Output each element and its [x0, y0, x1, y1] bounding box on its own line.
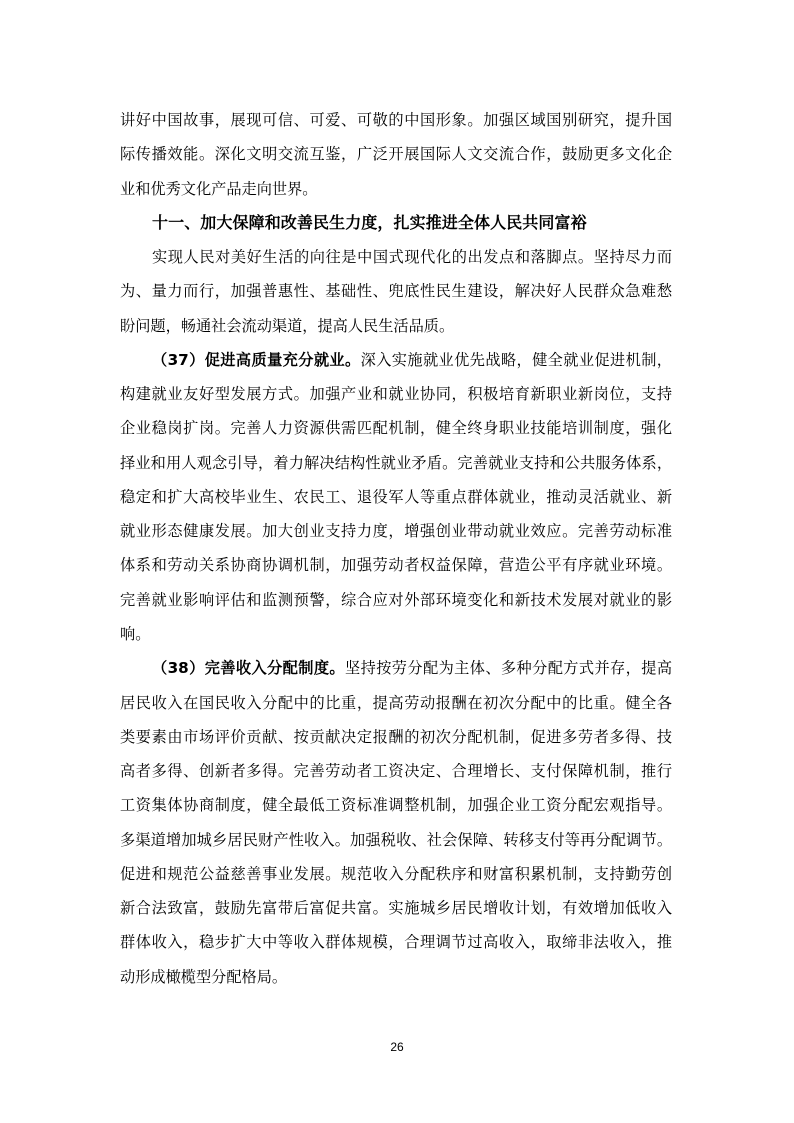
text-line: 为、量力而行，加强普惠性、基础性、兜底性民生建设，解决好人民群众急难愁: [120, 274, 672, 308]
text-line: 居民收入在国民收入分配中的比重，提高劳动报酬在初次分配中的比重。健全各: [120, 686, 672, 720]
text-line: 多渠道增加城乡居民财产性收入。加强税收、社会保障、转移支付等再分配调节。: [120, 823, 672, 857]
text-line: 工资集体协商制度，健全最低工资标准调整机制，加强企业工资分配宏观指导。: [120, 788, 672, 822]
paragraph-lead-38: （38）完善收入分配制度。: [152, 659, 345, 677]
text-run: 深入实施就业优先战略，健全就业促进机制，: [361, 351, 672, 369]
text-line: 体系和劳动关系协商协调机制，加强劳动者权益保障，营造公平有序就业环境。: [120, 548, 672, 582]
paragraph-37: （37）促进高质量充分就业。深入实施就业优先战略，健全就业促进机制， 构建就业友…: [120, 343, 672, 651]
text-line: 促进和规范公益慈善事业发展。规范收入分配秩序和财富积累机制，支持勤劳创: [120, 857, 672, 891]
text-line: 动形成橄榄型分配格局。: [120, 960, 672, 994]
section-heading: 十一、加大保障和改善民生力度，扎实推进全体人民共同富裕: [120, 206, 672, 240]
text-line: 盼问题，畅通社会流动渠道，提高人民生活品质。: [120, 309, 672, 343]
text-line: （37）促进高质量充分就业。深入实施就业优先战略，健全就业促进机制，: [120, 343, 672, 377]
text-line: 讲好中国故事，展现可信、可爱、可敬的中国形象。加强区域国别研究，提升国: [120, 103, 672, 137]
text-line: 构建就业友好型发展方式。加强产业和就业协同，积极培育新职业新岗位，支持: [120, 377, 672, 411]
text-line: 择业和用人观念引导，着力解决结构性就业矛盾。完善就业支持和公共服务体系，: [120, 446, 672, 480]
page-number: 26: [0, 1040, 794, 1054]
paragraph-lead-37: （37）促进高质量充分就业。: [152, 351, 361, 369]
text-line: 实现人民对美好生活的向往是中国式现代化的出发点和落脚点。坚持尽力而: [120, 240, 672, 274]
text-line: 群体收入，稳步扩大中等收入群体规模，合理调节过高收入，取缔非法收入，推: [120, 925, 672, 959]
text-line: 稳定和扩大高校毕业生、农民工、退役军人等重点群体就业，推动灵活就业、新: [120, 480, 672, 514]
text-run: 坚持按劳分配为主体、多种分配方式并存，提高: [345, 659, 672, 677]
text-line: 际传播效能。深化文明交流互鉴，广泛开展国际人文交流合作，鼓励更多文化企: [120, 137, 672, 171]
text-line: 企业稳岗扩岗。完善人力资源供需匹配机制，健全终身职业技能培训制度，强化: [120, 411, 672, 445]
document-page: 讲好中国故事，展现可信、可爱、可敬的中国形象。加强区域国别研究，提升国 际传播效…: [0, 0, 794, 1123]
text-line: 就业形态健康发展。加大创业支持力度，增强创业带动就业效应。完善劳动标准: [120, 514, 672, 548]
body-text: 讲好中国故事，展现可信、可爱、可敬的中国形象。加强区域国别研究，提升国 际传播效…: [120, 103, 672, 994]
text-line: 业和优秀文化产品走向世界。: [120, 172, 672, 206]
text-line: 新合法致富，鼓励先富带后富促共富。实施城乡居民增收计划，有效增加低收入: [120, 891, 672, 925]
text-line: 完善就业影响评估和监测预警，综合应对外部环境变化和新技术发展对就业的影: [120, 583, 672, 617]
text-line: 类要素由市场评价贡献、按贡献决定报酬的初次分配机制，促进多劳者多得、技: [120, 720, 672, 754]
text-line: 高者多得、创新者多得。完善劳动者工资决定、合理增长、支付保障机制，推行: [120, 754, 672, 788]
text-line: 响。: [120, 617, 672, 651]
text-line: （38）完善收入分配制度。坚持按劳分配为主体、多种分配方式并存，提高: [120, 651, 672, 685]
paragraph-38: （38）完善收入分配制度。坚持按劳分配为主体、多种分配方式并存，提高 居民收入在…: [120, 651, 672, 994]
paragraph-section-intro: 实现人民对美好生活的向往是中国式现代化的出发点和落脚点。坚持尽力而 为、量力而行…: [120, 240, 672, 343]
paragraph-intro: 讲好中国故事，展现可信、可爱、可敬的中国形象。加强区域国别研究，提升国 际传播效…: [120, 103, 672, 206]
